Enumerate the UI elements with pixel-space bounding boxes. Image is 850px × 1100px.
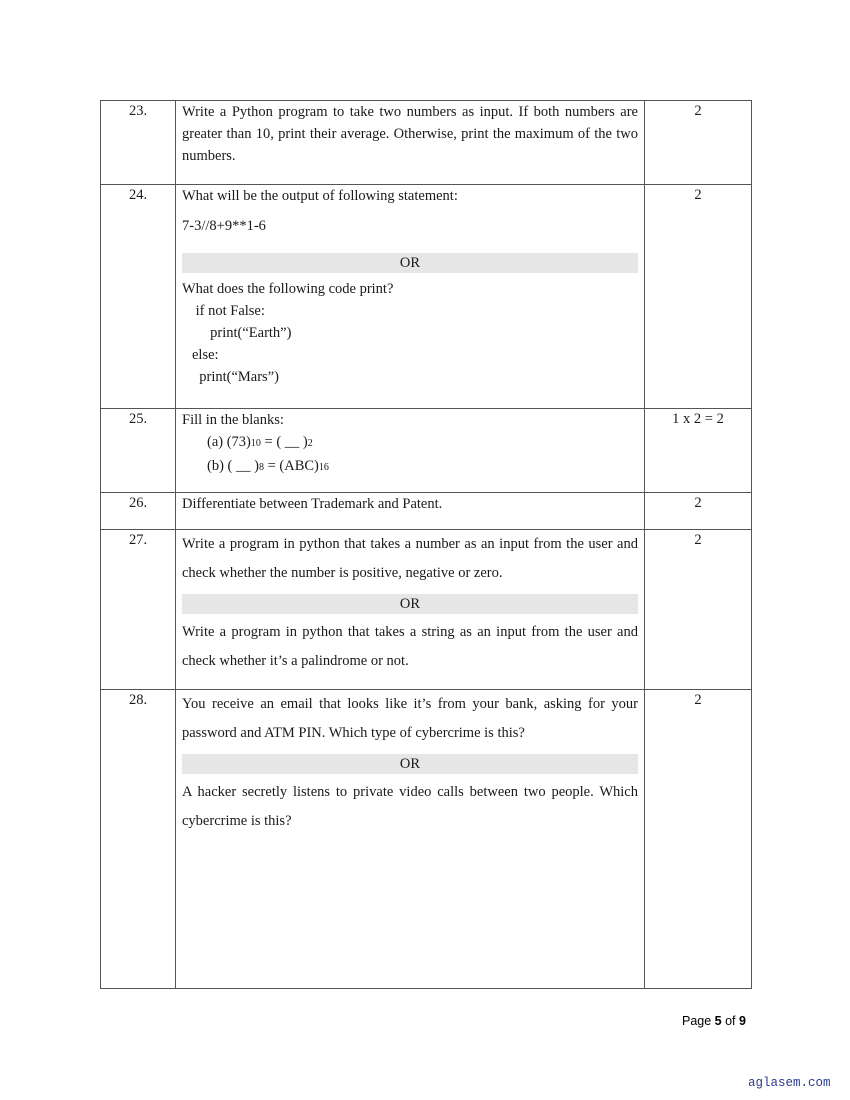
question-text: What will be the output of following sta… <box>182 185 638 207</box>
question-cell: Differentiate between Trademark and Pate… <box>176 493 645 530</box>
alt-question-text: A hacker secretly listens to private vid… <box>182 778 638 836</box>
part-label: (b) <box>207 458 224 474</box>
blank-part-b: (b) ( __ )8 = (ABC)16 <box>182 455 638 479</box>
question-table: 23. Write a Python program to take two n… <box>100 100 752 989</box>
or-divider: OR <box>182 754 638 774</box>
table-row: 24. What will be the output of following… <box>101 185 752 409</box>
question-cell: Write a Python program to take two numbe… <box>176 101 645 185</box>
part-left: ( __ ) <box>228 458 259 474</box>
page-current: 5 <box>715 1014 722 1028</box>
question-number: 27. <box>101 530 175 549</box>
blank-part-a: (a) (73)10 = ( __ )2 <box>182 431 638 455</box>
question-text: You receive an email that looks like it’… <box>182 690 638 748</box>
part-mid: = ( __ ) <box>261 434 308 450</box>
page-number: Page 5 of 9 <box>682 1014 746 1028</box>
page-prefix: Page <box>682 1014 715 1028</box>
question-number-cell: 25. <box>101 409 176 493</box>
marks-value: 2 <box>645 690 751 709</box>
table-row: 28. You receive an email that looks like… <box>101 690 752 989</box>
alt-question-text: What does the following code print? <box>182 278 638 300</box>
part-label: (a) <box>207 434 223 450</box>
question-text: Write a program in python that takes a n… <box>182 530 638 588</box>
or-divider: OR <box>182 594 638 614</box>
part-right-base: 2 <box>308 438 313 449</box>
question-number-cell: 28. <box>101 690 176 989</box>
marks-cell: 2 <box>645 530 752 690</box>
question-number: 23. <box>101 101 175 120</box>
question-cell: Fill in the blanks: (a) (73)10 = ( __ )2… <box>176 409 645 493</box>
question-number-cell: 23. <box>101 101 176 185</box>
marks-cell: 2 <box>645 185 752 409</box>
marks-cell: 2 <box>645 690 752 989</box>
question-number-cell: 26. <box>101 493 176 530</box>
marks-cell: 2 <box>645 493 752 530</box>
alt-question-text: Write a program in python that takes a s… <box>182 618 638 676</box>
question-number: 26. <box>101 493 175 512</box>
table-row: 23. Write a Python program to take two n… <box>101 101 752 185</box>
part-left: (73) <box>227 434 251 450</box>
marks-value: 2 <box>645 185 751 204</box>
question-number: 28. <box>101 690 175 709</box>
part-mid: = (ABC) <box>264 458 319 474</box>
question-cell: Write a program in python that takes a n… <box>176 530 645 690</box>
code-line: print(“Mars”) <box>182 366 638 388</box>
question-text: Differentiate between Trademark and Pate… <box>182 493 638 515</box>
question-text: Write a Python program to take two numbe… <box>182 101 638 167</box>
marks-cell: 1 x 2 = 2 <box>645 409 752 493</box>
code-line: print(“Earth”) <box>182 322 638 344</box>
marks-value: 2 <box>645 493 751 512</box>
page-total: 9 <box>739 1014 746 1028</box>
table-row: 27. Write a program in python that takes… <box>101 530 752 690</box>
page-of: of <box>722 1014 739 1028</box>
code-line: else: <box>182 344 638 366</box>
question-cell: You receive an email that looks like it’… <box>176 690 645 989</box>
question-cell: What will be the output of following sta… <box>176 185 645 409</box>
table-row: 25. Fill in the blanks: (a) (73)10 = ( _… <box>101 409 752 493</box>
question-text: Fill in the blanks: <box>182 409 638 431</box>
code-line: if not False: <box>182 300 638 322</box>
part-right-base: 16 <box>319 462 329 473</box>
watermark: aglasem.com <box>748 1076 831 1090</box>
question-number: 25. <box>101 409 175 428</box>
marks-value: 2 <box>645 101 751 120</box>
or-divider: OR <box>182 253 638 273</box>
table-row: 26. Differentiate between Trademark and … <box>101 493 752 530</box>
question-number-cell: 27. <box>101 530 176 690</box>
question-expression: 7-3//8+9**1-6 <box>182 215 638 237</box>
question-number: 24. <box>101 185 175 204</box>
question-number-cell: 24. <box>101 185 176 409</box>
marks-cell: 2 <box>645 101 752 185</box>
marks-value: 2 <box>645 530 751 549</box>
marks-value: 1 x 2 = 2 <box>645 409 751 428</box>
part-left-base: 10 <box>251 438 261 449</box>
